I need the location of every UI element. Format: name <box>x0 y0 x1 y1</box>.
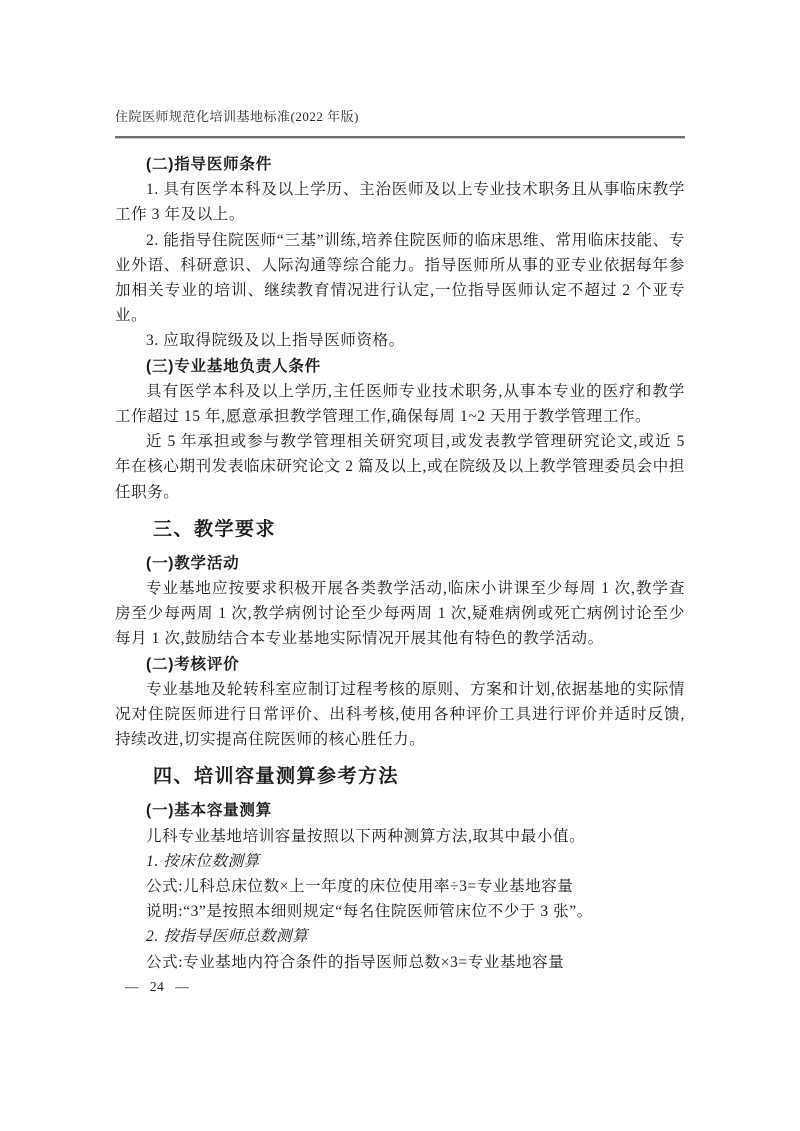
note-line: 说明:“3”是按照本细则规定“每名住院医师管床位不少于 3 张”。 <box>115 899 685 924</box>
body-paragraph: 2. 能指导住院医师“三基”训练,培养住院医师的临床思维、常用临床技能、专业外语… <box>115 228 685 329</box>
body-paragraph: 具有医学本科及以上学历,主任医师专业技术职务,从事本专业的医疗和教学工作超过 1… <box>115 379 685 429</box>
chapter-heading: 三、教学要求 <box>115 517 685 543</box>
body-paragraph: 专业基地及轮转科室应制订过程考核的原则、方案和计划,依据基地的实际情况对住院医师… <box>115 677 685 753</box>
section-subheading: (二)考核评价 <box>115 652 685 677</box>
section-subheading: (二)指导医师条件 <box>115 152 685 177</box>
section-subheading: (三)专业基地负责人条件 <box>115 354 685 379</box>
numbered-item-kaiti: 1. 按床位数测算 <box>115 849 685 874</box>
header-rule <box>115 136 685 139</box>
body-paragraph: 近 5 年承担或参与教学管理相关研究项目,或发表教学管理研究论文,或近 5 年在… <box>115 429 685 505</box>
numbered-item-kaiti: 2. 按指导医师总数测算 <box>115 924 685 949</box>
formula-line: 公式:儿科总床位数×上一年度的床位使用率÷3=专业基地容量 <box>115 874 685 899</box>
chapter-heading: 四、培训容量测算参考方法 <box>115 764 685 790</box>
body-paragraph: 专业基地应按要求积极开展各类教学活动,临床小讲课至少每周 1 次,教学查房至少每… <box>115 576 685 652</box>
body-paragraph: 1. 具有医学本科及以上学历、主治医师及以上专业技术职务且从事临床教学工作 3 … <box>115 177 685 227</box>
section-subheading: (一)基本容量测算 <box>115 798 685 823</box>
page-container: 住院医师规范化培训基地标准(2022 年版) (二)指导医师条件 1. 具有医学… <box>0 0 800 995</box>
body-paragraph: 儿科专业基地培训容量按照以下两种测算方法,取其中最小值。 <box>115 824 685 849</box>
formula-line: 公式:专业基地内符合条件的指导医师总数×3=专业基地容量 <box>115 950 685 975</box>
running-head: 住院医师规范化培训基地标准(2022 年版) <box>115 108 685 126</box>
document-page: { "page_header": { "title": "住院医师规范化培训基地… <box>0 0 800 1131</box>
page-number: — 24 — <box>125 979 685 995</box>
document-body: (二)指导医师条件 1. 具有医学本科及以上学历、主治医师及以上专业技术职务且从… <box>115 152 685 975</box>
section-subheading: (一)教学活动 <box>115 551 685 576</box>
body-paragraph: 3. 应取得院级及以上指导医师资格。 <box>115 328 685 353</box>
